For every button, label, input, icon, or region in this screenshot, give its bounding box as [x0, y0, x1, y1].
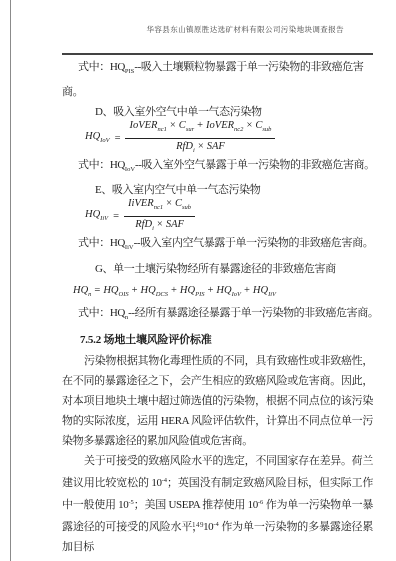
- symbol-hq-n: HQn: [110, 307, 128, 319]
- list-item-e: E、吸入室内空气中单一气态污染物: [62, 180, 373, 200]
- section-heading-7-5-2: 7.5.2 场地土壤风险评价标准: [62, 330, 373, 350]
- note-prefix: 式中：: [78, 237, 110, 249]
- symbol-hq-pis: HQPIS: [110, 61, 135, 73]
- formula-note-pis: 式中：HQPIS--吸入土壤颗粒物暴露于单一污染物的非致癌危害: [62, 57, 373, 82]
- note-text: --吸入室外空气暴露于单一污染物的非致癌危害商。: [135, 159, 375, 171]
- list-item-g: G、单一土壤污染物经所有暴露途径的非致癌危害商: [62, 259, 373, 279]
- equals-sign: =: [113, 211, 119, 223]
- symbol-hq-iov: HQIoV: [110, 159, 135, 171]
- formula-note-pis-cont: 商。: [62, 82, 373, 102]
- formula-hq-n: HQn=HQOIS+HQDCS+HQPIS+HQIoV+HQIiV: [73, 279, 373, 303]
- formula-lhs: HQIiV: [85, 209, 108, 225]
- note-prefix: 式中：: [78, 159, 110, 171]
- header-rule: [62, 53, 373, 55]
- formula-lhs: HQIoV: [85, 131, 110, 147]
- note-text: --吸入室内空气暴露于单一污染物的非致癌危害商。: [134, 237, 374, 249]
- note-prefix: 式中：: [78, 61, 110, 73]
- formula-note-n: 式中：HQn--经所有暴露途径暴露于单一污染物的非致癌危害商。: [62, 303, 373, 328]
- formula-hq-iiv: HQIiV = IiVERnc1×Csub RfDi×SAF: [85, 200, 373, 233]
- paragraph-risk-intro: 污染物根据其物化毒理性质的不同，具有致癌性或非致癌性，在不同的暴露途径之下，会产…: [62, 351, 373, 451]
- note-text: --吸入土壤颗粒物暴露于单一污染物的非致癌危害: [134, 61, 363, 73]
- formula-note-iov: 式中：HQIoV--吸入室外空气暴露于单一污染物的非致癌危害商。: [62, 155, 373, 180]
- fraction: IoVERnc1×Csur+IoVERnc2×Csub RfDi×SAF: [125, 120, 275, 157]
- paragraph-risk-levels: 关于可接受的致癌风险水平的选定，不同国家存在差异。荷兰建议用比较宽松的 10-4…: [62, 451, 373, 557]
- formula-hq-iov: HQIoV = IoVERnc1×Csur+IoVERnc2×Csub RfDi…: [85, 122, 373, 155]
- scan-edge-line: [10, 0, 11, 561]
- note-prefix: 式中：: [78, 307, 110, 319]
- equals-sign: =: [115, 133, 121, 145]
- fraction: IiVERnc1×Csub RfDi×SAF: [124, 198, 195, 235]
- note-text: --经所有暴露途径暴露于单一污染物的非致癌危害商。: [128, 307, 378, 319]
- symbol-hq-iiv: HQIiV: [110, 237, 134, 249]
- numerator: IiVERnc1×Csub: [124, 198, 195, 217]
- page-header: 华容县东山镇原胜达选矿材料有限公司污染地块调查报告: [0, 24, 344, 35]
- numerator: IoVERnc1×Csur+IoVERnc2×Csub: [125, 120, 275, 139]
- page-number: 149: [0, 521, 396, 529]
- formula-note-iiv: 式中：HQIiV--吸入室内空气暴露于单一污染物的非致癌危害商。: [62, 233, 373, 258]
- document-body: 式中：HQPIS--吸入土壤颗粒物暴露于单一污染物的非致癌危害 商。 D、吸入室…: [62, 57, 373, 557]
